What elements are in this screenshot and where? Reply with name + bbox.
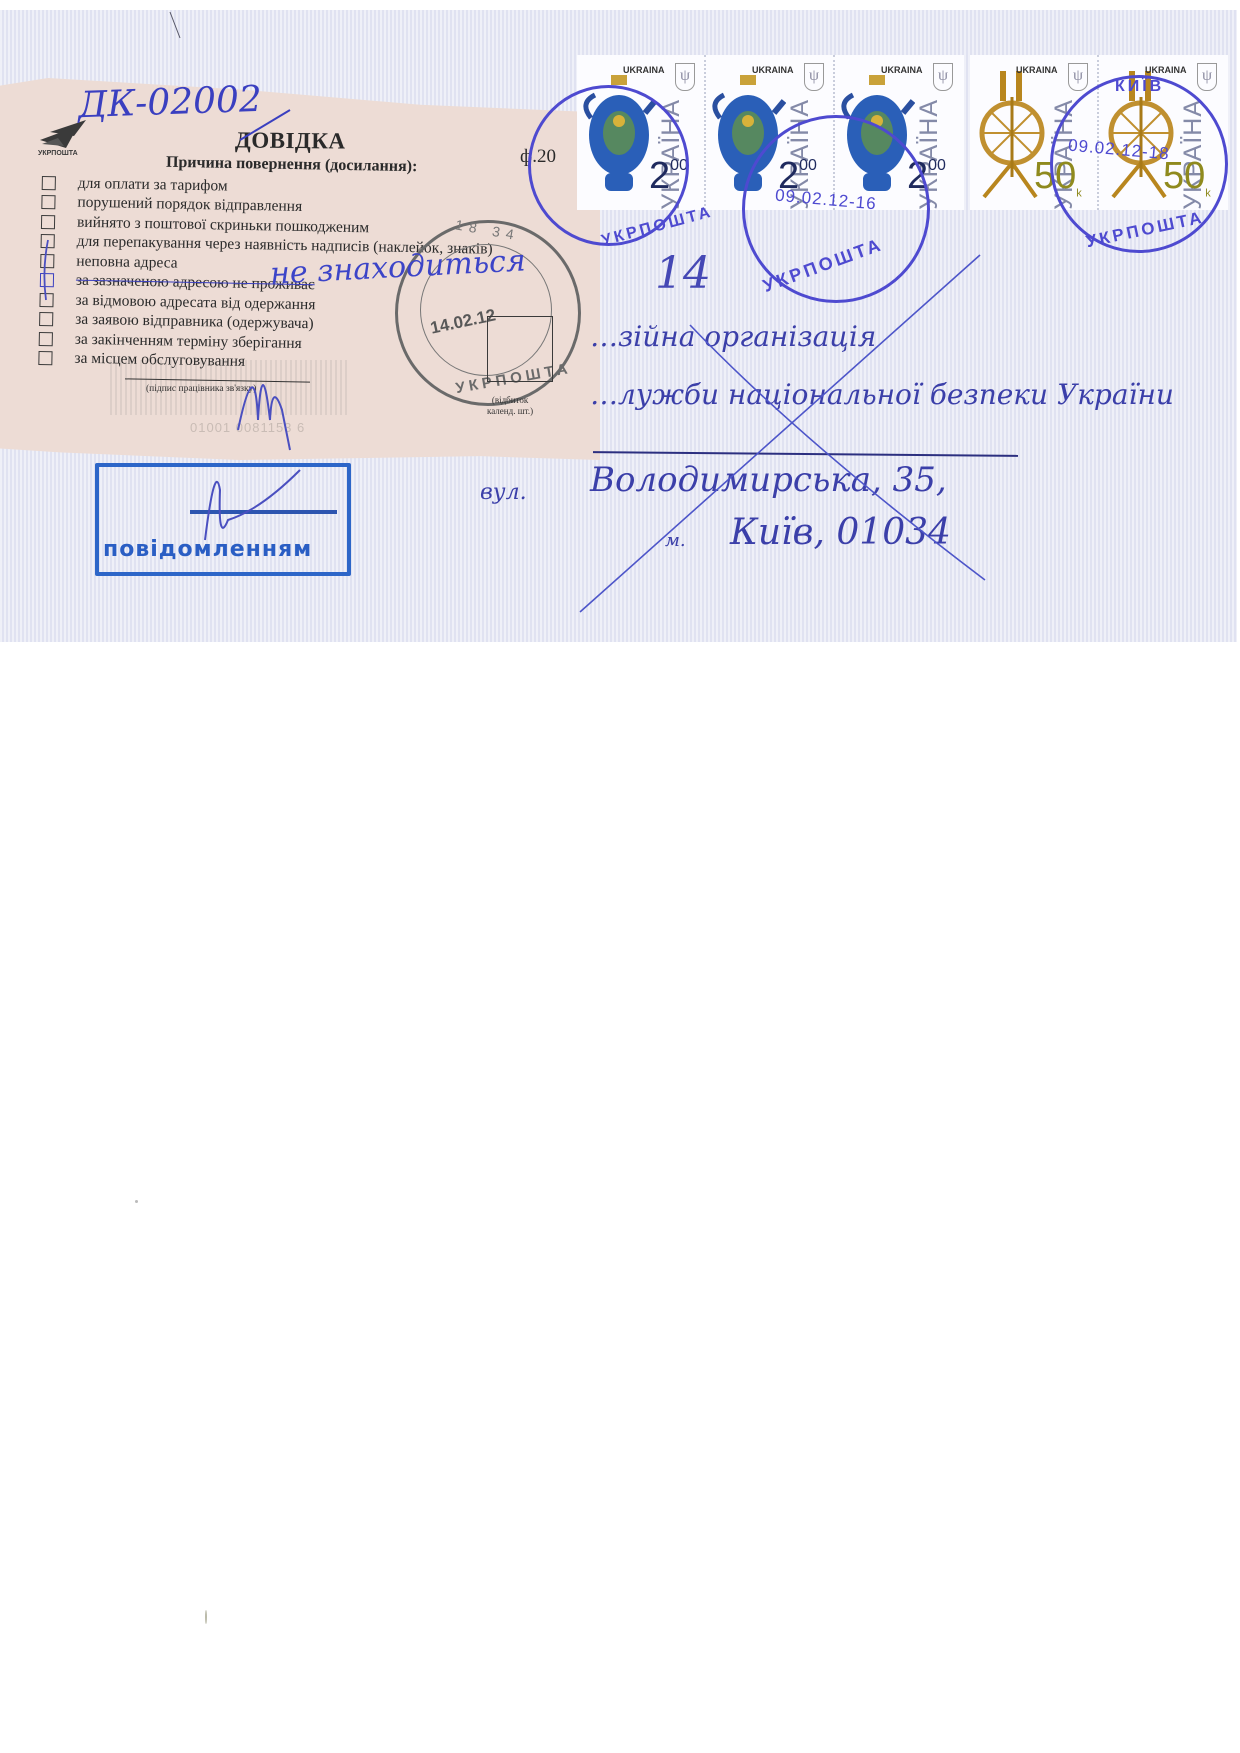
calendar-stamp-box xyxy=(487,316,553,382)
address-city: Київ, 01034 xyxy=(730,512,951,553)
postmark-right-city: КИЇВ xyxy=(1115,78,1164,96)
signature-caption: (підпис працівника зв'язку) xyxy=(146,384,256,394)
trident-icon: ψ xyxy=(1197,63,1217,91)
trident-icon: ψ xyxy=(933,63,953,91)
address-line-2: …лужби національної безпеки України xyxy=(590,378,1174,411)
reason-checkbox[interactable] xyxy=(41,215,55,229)
reason-checkbox[interactable] xyxy=(39,293,53,307)
handwritten-number: 14 xyxy=(655,248,711,299)
barcode-number: 01001 0081153 6 xyxy=(190,420,305,435)
notice-stamp-text: повідомленням xyxy=(103,537,312,562)
reason-checkbox-checked[interactable] xyxy=(40,273,54,287)
trident-icon: ψ xyxy=(804,63,824,91)
reason-checkbox[interactable] xyxy=(38,351,52,365)
scan-speck xyxy=(135,1200,138,1203)
trident-icon: ψ xyxy=(675,63,695,91)
calendar-caption: (відбиток календ. шт.) xyxy=(487,395,533,417)
city-prefix: м. xyxy=(665,530,686,551)
scan-speck xyxy=(205,1610,207,1624)
notice-stamp-line xyxy=(190,510,337,514)
reason-checkbox[interactable] xyxy=(41,195,55,209)
reason-checkbox[interactable] xyxy=(39,312,53,326)
trident-icon: ψ xyxy=(1068,63,1088,91)
logo-text: УКРПОШТА xyxy=(38,150,78,157)
slip-title: ДОВІДКА xyxy=(235,127,346,154)
reason-checkbox[interactable] xyxy=(39,332,53,346)
reason-checkbox[interactable] xyxy=(41,234,55,248)
address-line-1: …зійна організація xyxy=(590,320,876,353)
address-street: Володимирська, 35, xyxy=(590,460,947,500)
handwritten-reference: ДК-02002 xyxy=(77,79,262,126)
street-prefix: вул. xyxy=(480,480,527,505)
reason-checkbox[interactable] xyxy=(40,254,54,268)
reason-checkbox[interactable] xyxy=(42,176,56,190)
